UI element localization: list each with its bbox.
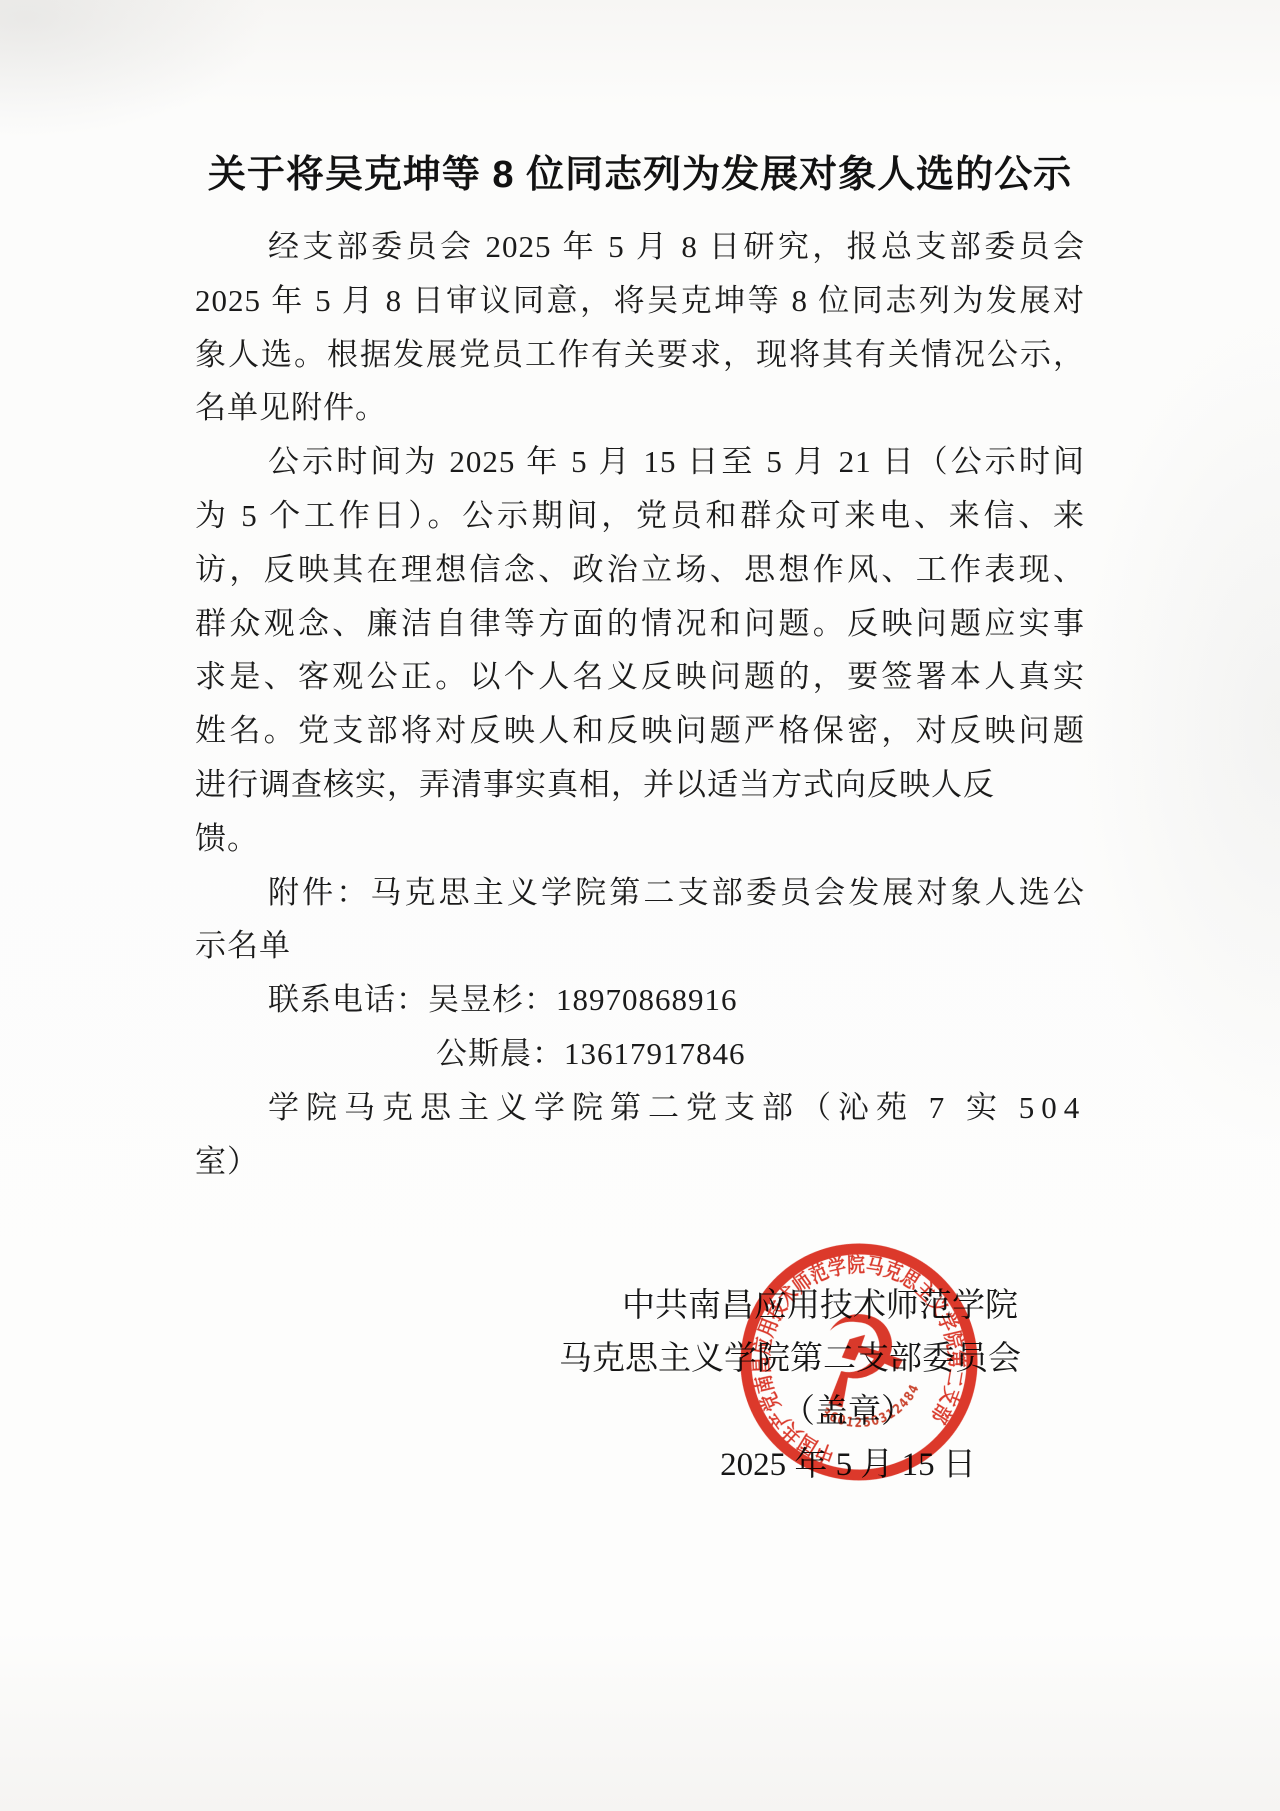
- body-line-10: 姓名。党支部将对反映人和反映问题严格保密，对反映问题: [195, 704, 1085, 758]
- body-line-14: 示名单: [195, 919, 1085, 973]
- page-title: 关于将吴克坤等 8 位同志列为发展对象人选的公示: [0, 143, 1280, 198]
- body-line-1: 经支部委员会 2025 年 5 月 8 日研究，报总支部委员会: [195, 220, 1085, 274]
- body-line-13: 附件：马克思主义学院第二支部委员会发展对象人选公: [195, 866, 1085, 920]
- body-line-7: 访，反映其在理想信念、政治立场、思想作风、工作表现、: [195, 543, 1085, 597]
- body-line-11: 进行调查核实，弄清事实真相，并以适当方式向反映人反: [195, 758, 1085, 812]
- body-line-12: 馈。: [195, 812, 1085, 866]
- body-line-8: 群众观念、廉洁自律等方面的情况和问题。反映问题应实事: [195, 597, 1085, 651]
- body-line-2: 2025 年 5 月 8 日审议同意，将吴克坤等 8 位同志列为发展对: [195, 274, 1085, 328]
- body-line-contact-phone-2: 公斯晨：13617917846: [195, 1027, 1085, 1081]
- body-line-address-cont: 室）: [195, 1135, 1085, 1189]
- document-body: 经支部委员会 2025 年 5 月 8 日研究，报总支部委员会 2025 年 5…: [195, 220, 1085, 1188]
- body-line-3: 象人选。根据发展党员工作有关要求，现将其有关情况公示，: [195, 328, 1085, 382]
- body-line-9: 求是、客观公正。以个人名义反映问题的，要签署本人真实: [195, 650, 1085, 704]
- body-line-5: 公示时间为 2025 年 5 月 15 日至 5 月 21 日（公示时间: [195, 435, 1085, 489]
- body-line-4: 名单见附件。: [195, 381, 1085, 435]
- document-page: 关于将吴克坤等 8 位同志列为发展对象人选的公示 经支部委员会 2025 年 5…: [0, 0, 1280, 1811]
- body-line-address: 学院马克思主义学院第二党支部（沁苑 7 实 504: [195, 1081, 1085, 1135]
- body-line-contact-phone-1: 联系电话：吴昱杉：18970868916: [195, 973, 1085, 1027]
- body-line-6: 为 5 个工作日）。公示期间，党员和群众可来电、来信、来: [195, 489, 1085, 543]
